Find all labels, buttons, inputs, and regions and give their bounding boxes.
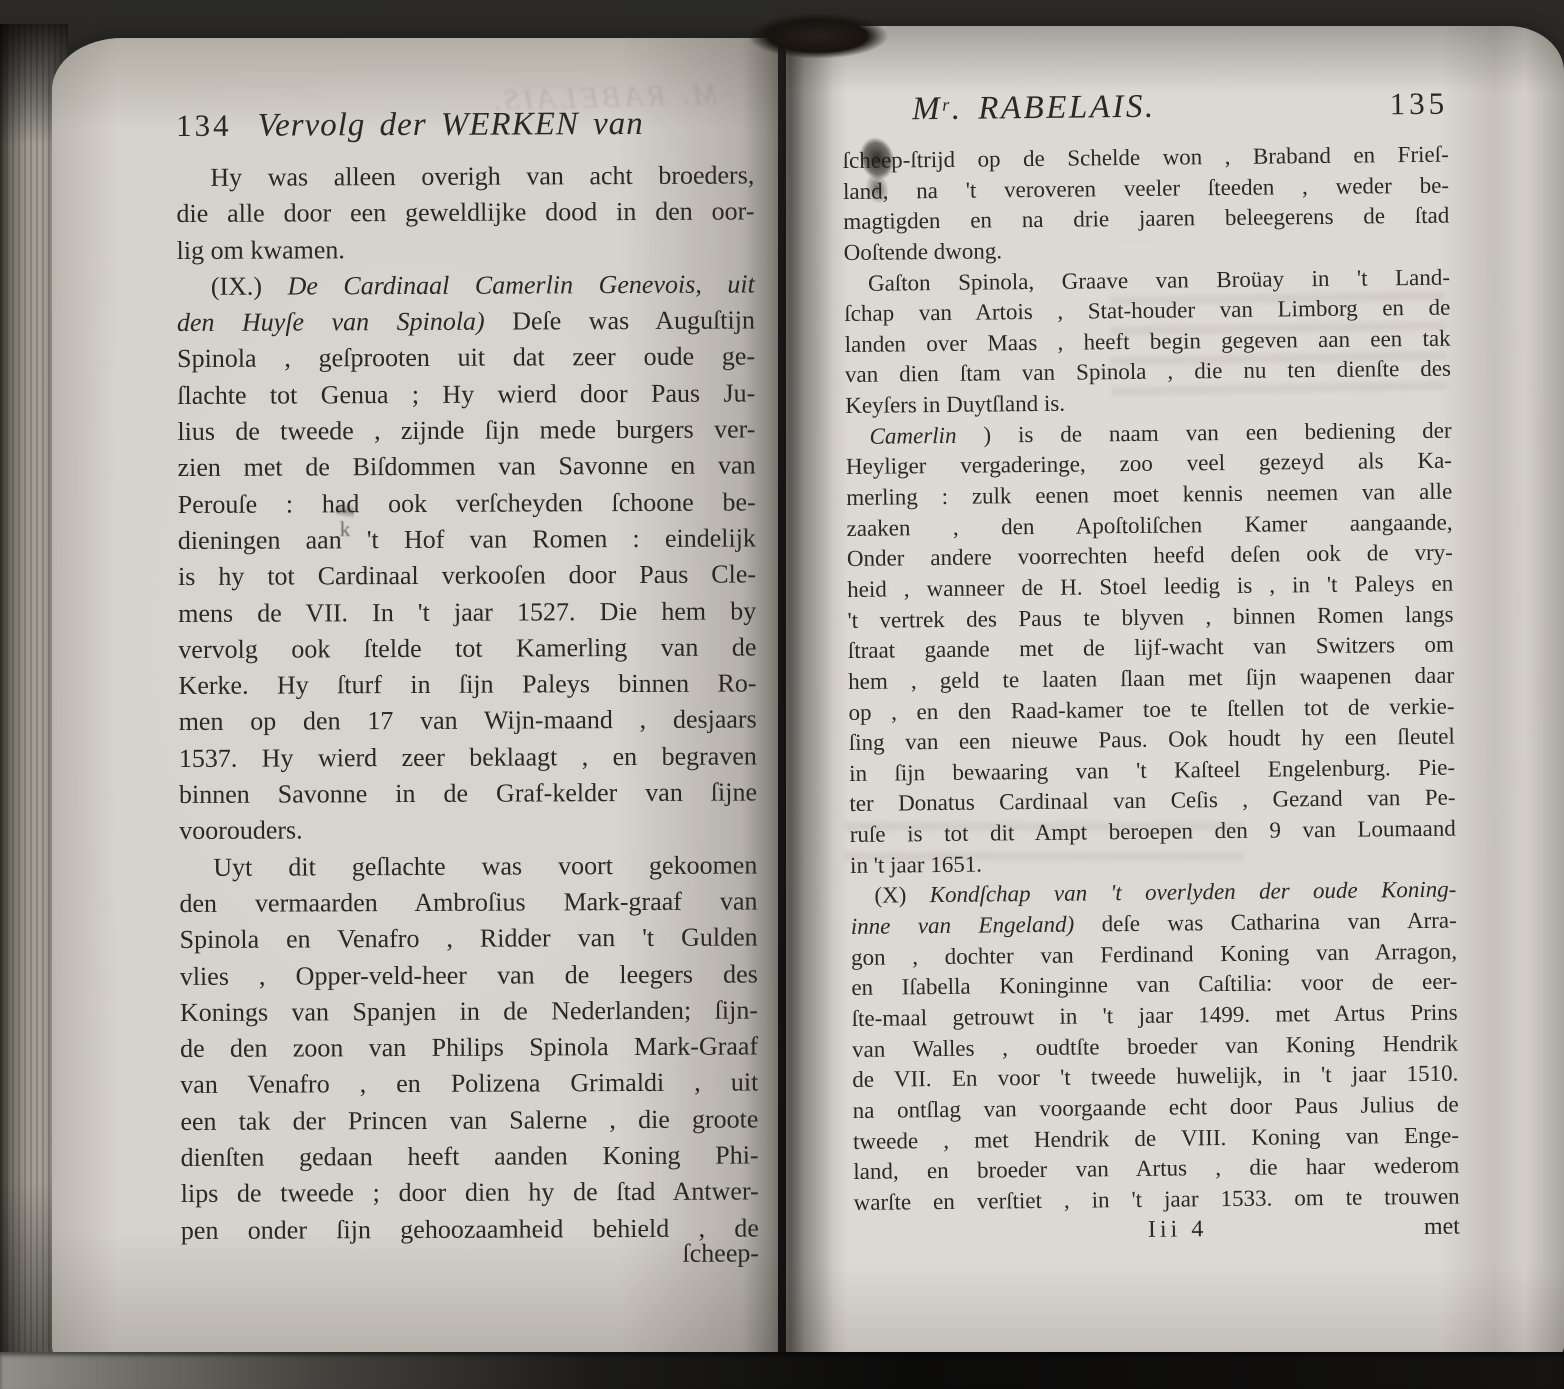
text-segment: 't vertrek des Paus te blyven , binnen R…	[847, 601, 1453, 632]
catchword-right: met	[1424, 1214, 1460, 1241]
text-segment: voorouders.	[179, 816, 303, 846]
text-segment: gon , dochter van Ferdinand Koning van A…	[851, 938, 1457, 969]
text-line: een tak der Princen van Salerne , die gr…	[180, 1101, 758, 1140]
text-segment: van Venafro , en Polizena Grimaldi , uit	[180, 1068, 758, 1100]
text-segment: Spinola , geſprooten uit dat zeer oude g…	[177, 342, 755, 374]
text-segment: magtigden en na drie jaaren beleegerens …	[843, 203, 1449, 234]
text-segment: binnen Savonne in de Graf-kelder van ſij…	[179, 778, 757, 810]
text-segment: lips de tweede ; door dien hy de ſtad An…	[181, 1177, 759, 1209]
text-segment: van dien ſtam van Spinola , die nu ten d…	[845, 356, 1451, 387]
text-line: pen onder ſijn gehoozaamheid behield , d…	[181, 1210, 759, 1249]
text-line: lig om kwamen.	[177, 230, 755, 269]
handwritten-correction-mark: k	[336, 480, 354, 542]
text-line: die alle door een geweldlijke dood in de…	[176, 194, 754, 233]
text-segment: deſe was Catharina van Arra-	[1102, 908, 1457, 937]
body-text-left: Hy was alleen overigh van acht broeders,…	[176, 157, 759, 1248]
text-segment: is hy tot Cardinaal verkooſen door Paus …	[178, 560, 756, 592]
text-segment: Perouſe : had ook verſcheyden ſchoone be…	[178, 487, 756, 519]
text-segment: merling : zulk eenen moet kennis neemen …	[846, 479, 1452, 510]
text-segment: in ſijn bewaaring van 't Kaſteel Engelen…	[849, 754, 1455, 785]
text-line: Konings van Spanjen in de Nederlanden; ſ…	[180, 992, 758, 1031]
text-line: ruſe is tot dit Ampt beroepen den 9 van …	[850, 814, 1456, 851]
text-line: den vermaarden Ambroſius Mark-graaf van	[179, 883, 757, 922]
text-line: Uyt dit geſlachte was voort gekoomen	[179, 847, 757, 886]
text-line: Perouſe : had ook verſcheyden ſchoone be…	[178, 484, 756, 523]
signature-mark: Iii 4	[1148, 1217, 1208, 1245]
text-segment: in 't jaar 1651.	[850, 851, 982, 877]
text-segment: ſlachte tot Genua ; Hy wierd door Paus J…	[177, 378, 755, 410]
text-segment: ſchap van Artois , Stat-houder van Limbo…	[844, 295, 1450, 326]
text-segment: die alle door een geweldlijke dood in de…	[176, 197, 754, 229]
text-segment: lius de tweede , zijnde ſijn mede burger…	[177, 415, 755, 447]
text-line: lius de tweede , zijnde ſijn mede burger…	[177, 412, 755, 451]
text-segment: ſing van een nieuwe Paus. Ook houdt hy e…	[849, 724, 1455, 755]
text-segment: zien met de Biſdommen van Savonne en van	[178, 451, 756, 483]
text-segment: op , en den Raad-kamer toe te ſtellen to…	[848, 693, 1454, 724]
text-segment: Kerke. Hy ſturf in ſijn Paleys binnen Ro…	[178, 669, 756, 701]
text-segment: Onder andere voorrechten heefd deſen ook…	[847, 540, 1453, 571]
text-line: Kerke. Hy ſturf in ſijn Paleys binnen Ro…	[178, 666, 756, 705]
text-segment: Ooſtende dwong.	[844, 238, 1003, 265]
running-title-left: Vervolg der WERKEN van	[257, 106, 643, 145]
text-line: 1537. Hy wierd zeer beklaagt , en begrav…	[179, 738, 757, 777]
text-segment: Vervolg der WERKEN van	[257, 106, 643, 144]
text-segment: . RABELAIS.	[952, 89, 1156, 127]
text-segment: de VII. En voor 't tweede huwelijk, in '…	[852, 1061, 1458, 1092]
text-line: dienſten gedaan heeft aanden Koning Phi-	[181, 1137, 759, 1176]
page-number-right: 135	[1389, 86, 1448, 123]
text-segment: Uyt dit geſlachte was voort gekoomen	[213, 850, 757, 881]
text-segment: ter Donatus Cardinaal van Ceſis , Gezand…	[849, 785, 1455, 816]
text-segment: heid , wanneer de H. Stoel leedig is , i…	[847, 571, 1453, 602]
text-line: ſlachte tot Genua ; Hy wierd door Paus J…	[177, 375, 755, 414]
text-segment: pen onder ſijn gehoozaamheid behield , d…	[181, 1213, 759, 1245]
text-segment: zaaken , den Apoſtoliſchen Kamer aangaan…	[846, 509, 1452, 540]
text-segment: hem , geld te laaten ſlaan met ſijn waap…	[848, 663, 1454, 694]
text-segment: den Huyſe van Spinola)	[177, 307, 512, 337]
text-line: van dien ſtam van Spinola , die nu ten d…	[845, 354, 1451, 391]
right-page-header: Mr. RABELAIS. 135	[842, 86, 1448, 136]
text-line: vlies , Opper-veld-heer van de leegers d…	[180, 956, 758, 995]
text-segment: Gaſton Spinola, Graave van Broüay in 't …	[868, 264, 1450, 295]
right-page-text-column: Mr. RABELAIS. 135 ſcheep-ſtrijd op de Sc…	[842, 86, 1460, 1248]
text-segment: M	[912, 91, 942, 127]
text-segment: van Walles , oudtſte broeder van Koning …	[852, 1030, 1458, 1061]
text-segment: Keyſers in Duytſland is.	[845, 391, 1065, 418]
text-segment: dienſten gedaan heeft aanden Koning Phi-	[181, 1140, 759, 1172]
text-segment: dieningen aan 't Hof van Romen : eindeli…	[178, 523, 756, 555]
book-photo: { "palette":{ "background":"#171614", "p…	[0, 0, 1564, 1389]
left-page: M. RABELAIS. k 134 Vervolg der WERKEN va…	[52, 38, 778, 1364]
text-segment: inne van Engeland)	[851, 911, 1102, 939]
text-line: mens de VII. In 't jaar 1527. Die hem by	[178, 593, 756, 632]
text-segment: mens de VII. In 't jaar 1527. Die hem by	[178, 596, 756, 628]
text-line: binnen Savonne in de Graf-kelder van ſij…	[179, 775, 757, 814]
text-segment: ruſe is tot dit Ampt beroepen den 9 van …	[850, 816, 1456, 847]
text-segment: Heyliger vergaderinge, zoo veel gezeyd a…	[846, 448, 1452, 479]
text-segment: ſcheep-ſtrijd op de Schelde won , Braban…	[843, 142, 1449, 173]
text-line: Spinola , geſprooten uit dat zeer oude g…	[177, 339, 755, 378]
text-segment: de den zoon van Philips Spinola Mark-Gra…	[180, 1032, 758, 1064]
text-segment: vervolg ook ſtelde tot Kamerling van de	[178, 632, 756, 664]
text-line: vervolg ook ſtelde tot Kamerling van de	[178, 629, 756, 668]
text-line: voorouders.	[179, 811, 757, 850]
text-segment: land, na 't veroveren veeler ſteeden , w…	[843, 172, 1449, 203]
text-line: lips de tweede ; door dien hy de ſtad An…	[181, 1174, 759, 1213]
text-segment: landen over Maas , heeft begin gegeven a…	[845, 325, 1451, 356]
text-segment: Deſe was Auguſtijn	[512, 306, 755, 336]
text-segment: tweede , met Hendrik de VIII. Koning van…	[853, 1122, 1459, 1153]
text-segment: ſte-maal getrouwt in 't jaar 1499. met A…	[852, 1000, 1458, 1031]
text-line: is hy tot Cardinaal verkooſen door Paus …	[178, 557, 756, 596]
text-segment: warſte en verſtiet , in 't jaar 1533. om…	[853, 1183, 1459, 1214]
text-segment: Hy was alleen overigh van acht broeders,	[210, 160, 754, 191]
text-segment: een tak der Princen van Salerne , die gr…	[180, 1104, 758, 1136]
text-line: Spinola en Venafro , Ridder van 't Gulde…	[180, 920, 758, 959]
text-line: de den zoon van Philips Spinola Mark-Gra…	[180, 1029, 758, 1068]
text-line: (IX.) De Cardinaal Camerlin Genevois, ui…	[177, 266, 755, 305]
text-line: warſte en verſtiet , in 't jaar 1533. om…	[853, 1181, 1459, 1218]
text-line: zien met de Biſdommen van Savonne en van	[177, 448, 755, 487]
left-page-text-column: 134 Vervolg der WERKEN van Hy was alleen…	[176, 105, 759, 1270]
left-page-header: 134 Vervolg der WERKEN van	[176, 105, 754, 154]
text-line: van Venafro , en Polizena Grimaldi , uit	[180, 1065, 758, 1104]
text-segment: r	[942, 95, 952, 115]
text-segment: ) is de naam van een bediening der	[956, 417, 1451, 447]
text-segment: De Cardinaal Camerlin Genevois, uit	[287, 269, 754, 300]
page-number-left: 134	[176, 108, 232, 144]
text-segment: 1537. Hy wierd zeer beklaagt , en begrav…	[179, 741, 757, 773]
text-line: men op den 17 van Wijn-maand , desjaars	[179, 702, 757, 741]
text-segment: (IX.)	[211, 271, 288, 300]
text-line: den Huyſe van Spinola) Deſe was Auguſtij…	[177, 303, 755, 342]
text-line: magtigden en na drie jaaren beleegerens …	[843, 201, 1449, 238]
text-segment: Kondſchap van 't overlyden der oude Koni…	[930, 877, 1457, 908]
text-segment: den vermaarden Ambroſius Mark-graaf van	[179, 886, 757, 918]
text-segment: en Iſabella Koninginne van Caſtilia: voo…	[851, 969, 1457, 1000]
text-segment: (X)	[874, 883, 930, 909]
text-segment: ſtraat gaande met de lijf-wacht van Swit…	[848, 632, 1454, 663]
text-segment: lig om kwamen.	[177, 235, 345, 265]
table-surface	[0, 1352, 1564, 1389]
text-segment: Spinola en Venafro , Ridder van 't Gulde…	[180, 923, 758, 955]
text-line: Hy was alleen overigh van acht broeders,	[176, 157, 754, 196]
running-title-right: Mr. RABELAIS.	[912, 89, 1156, 129]
right-page: Mr. RABELAIS. 135 ſcheep-ſtrijd op de Sc…	[786, 26, 1564, 1358]
text-segment: Camerlin	[869, 423, 956, 449]
text-segment: Konings van Spanjen in de Nederlanden; ſ…	[180, 995, 758, 1027]
text-segment: vlies , Opper-veld-heer van de leegers d…	[180, 959, 758, 991]
text-line: dieningen aan 't Hof van Romen : eindeli…	[178, 520, 756, 559]
signature-row: Iii 4 met	[854, 1214, 1460, 1247]
body-text-right: ſcheep-ſtrijd op de Schelde won , Braban…	[843, 140, 1460, 1219]
text-segment: na ontſlag van voorgaande echt door Paus…	[853, 1091, 1459, 1122]
text-segment: land, en broeder van Artus , die haar we…	[853, 1153, 1459, 1184]
text-segment: men op den 17 van Wijn-maand , desjaars	[179, 705, 757, 737]
